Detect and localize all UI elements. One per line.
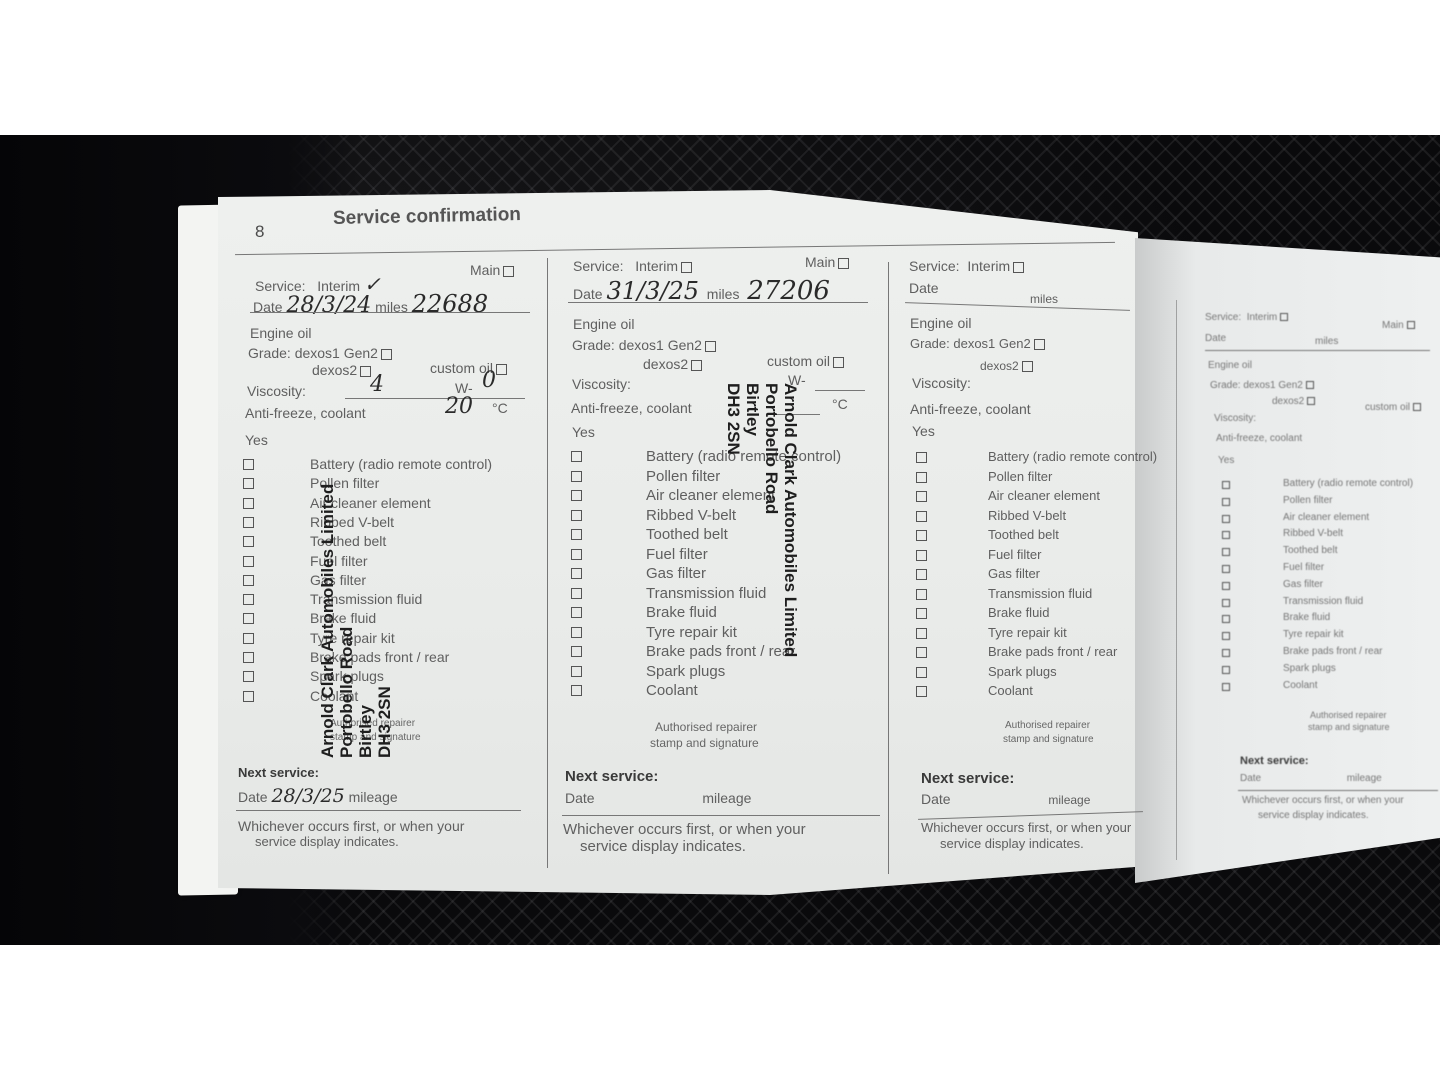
checklist-checkbox[interactable] <box>571 666 582 677</box>
main-label: Main <box>1382 320 1404 331</box>
dexos1-checkbox[interactable] <box>705 341 716 352</box>
date-label: Date <box>573 286 603 302</box>
yes-label: Yes <box>245 432 268 448</box>
checklist-checkbox[interactable] <box>1222 632 1230 640</box>
viscosity-left-value: 4 <box>370 372 384 397</box>
checklist-checkbox[interactable] <box>571 588 582 599</box>
viscosity-label: Viscosity: <box>247 383 306 399</box>
checklist-checkbox[interactable] <box>916 647 927 658</box>
next-date-label: Date <box>565 790 595 806</box>
main-checkbox[interactable] <box>1407 321 1415 329</box>
stamp-caption: Authorised repairer <box>1005 720 1090 731</box>
service-miles-value: 22688 <box>412 290 488 318</box>
column-divider <box>547 258 548 868</box>
next-service-date-value: 28/3/25 <box>271 785 344 807</box>
checklist-item-label: Spark plugs <box>1283 663 1336 674</box>
main-label: Main <box>470 262 500 278</box>
next-service-label: Next service: <box>921 770 1014 787</box>
footer-note: Whichever occurs first, or when your <box>238 818 464 834</box>
checklist-checkbox[interactable] <box>243 691 254 702</box>
checklist-checkbox[interactable] <box>571 627 582 638</box>
next-date-label: Date <box>238 789 268 805</box>
checklist-checkbox[interactable] <box>1222 515 1230 523</box>
checklist-item-label: Coolant <box>1283 680 1317 691</box>
viscosity-label: Viscosity: <box>1214 413 1256 424</box>
checklist-item-label: Gas filter <box>646 565 706 582</box>
checklist-checkbox[interactable] <box>1222 498 1230 506</box>
checklist-item-label: Fuel filter <box>1283 562 1324 573</box>
checklist-checkbox[interactable] <box>571 646 582 657</box>
checklist-checkbox[interactable] <box>243 536 254 547</box>
checklist-item-label: Gas filter <box>1283 579 1323 590</box>
checklist-item-label: Coolant <box>646 682 698 699</box>
checklist-item-label: Fuel filter <box>988 547 1041 562</box>
next-mileage-label: mileage <box>349 789 398 805</box>
engine-oil-label: Engine oil <box>910 315 972 331</box>
checklist-item-label: Spark plugs <box>646 663 725 680</box>
footer-note: Whichever occurs first, or when your <box>1242 795 1404 806</box>
checklist-checkbox[interactable] <box>916 628 927 639</box>
checklist-item-label: Brake pads front / rear <box>1283 646 1383 657</box>
antifreeze-label: Anti-freeze, coolant <box>910 401 1031 417</box>
dealer-stamp: Arnold Clark Automobiles Limited Portobe… <box>724 383 800 657</box>
yes-label: Yes <box>572 424 595 440</box>
grade-label: Grade: dexos1 Gen2 <box>572 337 702 353</box>
celsius-label: °C <box>492 400 508 416</box>
checklist-checkbox[interactable] <box>571 471 582 482</box>
antifreeze-label: Anti-freeze, coolant <box>245 405 366 421</box>
antifreeze-value: 20 <box>445 394 473 419</box>
next-service-label: Next service: <box>1240 755 1309 767</box>
interim-label: Interim <box>635 258 678 274</box>
checklist-checkbox[interactable] <box>1222 615 1230 623</box>
checklist-checkbox[interactable] <box>243 478 254 489</box>
service-label: Service: <box>573 258 624 274</box>
checklist-checkbox[interactable] <box>243 613 254 624</box>
stamp-caption: stamp and signature <box>650 736 759 750</box>
checklist-checkbox[interactable] <box>1222 649 1230 657</box>
checklist-checkbox[interactable] <box>571 490 582 501</box>
checklist-item-label: Ribbed V-belt <box>988 508 1066 523</box>
checklist-checkbox[interactable] <box>916 452 927 463</box>
dexos1-checkbox[interactable] <box>1034 339 1045 350</box>
dexos2-label: dexos2 <box>312 362 357 378</box>
checklist-checkbox[interactable] <box>916 550 927 561</box>
checklist-item-label: Toothed belt <box>646 526 728 543</box>
column-divider <box>888 262 889 874</box>
checklist-checkbox[interactable] <box>571 549 582 560</box>
checklist-item-label: Transmission fluid <box>1283 596 1363 607</box>
interim-label: Interim <box>1247 312 1278 323</box>
checklist-item-label: Tyre repair kit <box>1283 629 1344 640</box>
custom-oil-label: custom oil <box>767 353 830 369</box>
checklist-item-label: Pollen filter <box>1283 495 1332 506</box>
checklist-checkbox[interactable] <box>243 459 254 470</box>
next-mileage-label: mileage <box>1048 793 1090 807</box>
checklist-checkbox[interactable] <box>243 671 254 682</box>
checklist-checkbox[interactable] <box>1222 582 1230 590</box>
checklist-item-label: Air cleaner element <box>1283 512 1369 523</box>
service-date-value: 28/3/24 <box>286 293 371 318</box>
checklist-checkbox[interactable] <box>916 530 927 541</box>
stamp-caption: stamp and signature <box>1003 734 1094 745</box>
interim-checkbox[interactable] <box>681 262 692 273</box>
interim-label: Interim <box>967 258 1010 274</box>
checklist-checkbox[interactable] <box>916 511 927 522</box>
checklist-checkbox[interactable] <box>243 517 254 528</box>
custom-oil-label: custom oil <box>1365 402 1410 413</box>
engine-oil-label: Engine oil <box>250 325 312 341</box>
checklist-item-label: Brake pads front / rear <box>988 644 1117 659</box>
stamp-caption: Authorised repairer <box>655 720 757 734</box>
custom-oil-checkbox[interactable] <box>496 364 507 375</box>
checklist-item-label: Brake fluid <box>1283 612 1330 623</box>
checklist-checkbox[interactable] <box>243 594 254 605</box>
antifreeze-label: Anti-freeze, coolant <box>571 400 692 416</box>
miles-label: miles <box>1315 336 1338 347</box>
service-label: Service: <box>1205 312 1241 323</box>
checklist-item-label: Ribbed V-belt <box>1283 528 1343 539</box>
checklist-checkbox[interactable] <box>1222 599 1230 607</box>
checklist-item-label: Coolant <box>988 683 1033 698</box>
checklist-checkbox[interactable] <box>916 569 927 580</box>
yes-label: Yes <box>912 423 935 439</box>
viscosity-label: Viscosity: <box>572 376 631 392</box>
footer-note: service display indicates. <box>940 836 1084 851</box>
checklist-checkbox[interactable] <box>1222 531 1230 539</box>
column-divider <box>1176 300 1177 860</box>
dexos2-checkbox[interactable] <box>1022 361 1033 372</box>
footer-note: Whichever occurs first, or when your <box>921 820 1131 835</box>
checklist-checkbox[interactable] <box>1222 481 1230 489</box>
checklist-checkbox[interactable] <box>571 451 582 462</box>
checklist-item-label: Battery (radio remote control) <box>310 456 492 472</box>
grade-label: Grade: dexos1 Gen2 <box>910 336 1031 351</box>
checklist-checkbox[interactable] <box>1222 548 1230 556</box>
checklist-checkbox[interactable] <box>243 556 254 567</box>
checklist-item-label: Tyre repair kit <box>988 625 1067 640</box>
antifreeze-label: Anti-freeze, coolant <box>1216 433 1302 444</box>
viscosity-right-value: 0 <box>482 368 496 393</box>
dexos1-checkbox[interactable] <box>1306 381 1314 389</box>
checklist-checkbox[interactable] <box>571 607 582 618</box>
next-mileage-label: mileage <box>702 790 751 806</box>
interim-checkbox[interactable] <box>1280 313 1288 321</box>
checklist-checkbox[interactable] <box>571 568 582 579</box>
yes-label: Yes <box>1218 455 1234 466</box>
checklist-checkbox[interactable] <box>916 608 927 619</box>
next-mileage-label: mileage <box>1347 773 1382 784</box>
checklist-checkbox[interactable] <box>1222 683 1230 691</box>
checklist-checkbox[interactable] <box>1222 666 1230 674</box>
stamp-caption: stamp and signature <box>1308 722 1390 732</box>
checklist-checkbox[interactable] <box>243 652 254 663</box>
checklist-checkbox[interactable] <box>571 685 582 696</box>
dealer-stamp: Arnold Clark Automobiles Limited Portobe… <box>318 484 394 758</box>
checklist-checkbox[interactable] <box>571 510 582 521</box>
date-label: Date <box>909 280 939 296</box>
celsius-label: °C <box>832 396 848 412</box>
checklist-checkbox[interactable] <box>1222 565 1230 573</box>
checklist-item-label: Pollen filter <box>646 468 720 485</box>
checklist-item-label: Pollen filter <box>988 469 1052 484</box>
checklist-item-label: Transmission fluid <box>988 586 1092 601</box>
date-label: Date <box>1205 333 1226 344</box>
viscosity-label: Viscosity: <box>912 375 971 391</box>
footer-note: service display indicates. <box>1258 810 1369 821</box>
checklist-item-label: Spark plugs <box>988 664 1057 679</box>
main-checkbox[interactable] <box>503 266 514 277</box>
checklist-item-label: Brake fluid <box>988 605 1049 620</box>
checklist-item-label: Gas filter <box>988 566 1040 581</box>
next-service-label: Next service: <box>238 765 319 780</box>
checklist-item-label: Fuel filter <box>646 546 708 563</box>
custom-oil-checkbox[interactable] <box>833 357 844 368</box>
service-label: Service: <box>909 258 960 274</box>
dexos2-checkbox[interactable] <box>1307 397 1315 405</box>
engine-oil-label: Engine oil <box>1208 360 1252 371</box>
footer-note: service display indicates. <box>255 834 399 849</box>
checklist-checkbox[interactable] <box>916 686 927 697</box>
grade-label: Grade: dexos1 Gen2 <box>1210 380 1303 391</box>
checklist-checkbox[interactable] <box>916 589 927 600</box>
main-checkbox[interactable] <box>838 258 849 269</box>
grade-label: Grade: dexos1 Gen2 <box>248 345 378 361</box>
checklist-checkbox[interactable] <box>243 498 254 509</box>
next-service-label: Next service: <box>565 768 658 785</box>
miles-label: miles <box>1030 292 1058 306</box>
page-title: Service confirmation <box>333 204 521 230</box>
page-number: 8 <box>255 222 264 242</box>
checklist-item-label: Toothed belt <box>988 527 1059 542</box>
dexos1-checkbox[interactable] <box>381 349 392 360</box>
checklist-checkbox[interactable] <box>243 633 254 644</box>
service-book-facing-page <box>1135 238 1440 883</box>
checklist-checkbox[interactable] <box>243 575 254 586</box>
checklist-item-label: Brake fluid <box>646 604 717 621</box>
miles-label: miles <box>707 286 740 302</box>
checklist-item-label: Air cleaner element <box>988 488 1100 503</box>
service-date-value: 31/3/25 <box>606 277 699 305</box>
checklist-checkbox[interactable] <box>916 491 927 502</box>
engine-oil-label: Engine oil <box>573 316 635 332</box>
stamp-caption: Authorised repairer <box>1310 710 1387 720</box>
main-label: Main <box>805 254 835 270</box>
footer-note: service display indicates. <box>580 838 746 855</box>
dexos2-label: dexos2 <box>980 359 1019 373</box>
checklist-checkbox[interactable] <box>916 472 927 483</box>
custom-oil-checkbox[interactable] <box>1413 403 1421 411</box>
next-date-label: Date <box>921 791 951 807</box>
footer-note: Whichever occurs first, or when your <box>563 821 806 838</box>
checklist-checkbox[interactable] <box>916 667 927 678</box>
dexos2-label: dexos2 <box>1272 396 1304 407</box>
interim-checkbox[interactable] <box>1013 262 1024 273</box>
next-date-label: Date <box>1240 773 1261 784</box>
dexos2-label: dexos2 <box>643 356 688 372</box>
dexos2-checkbox[interactable] <box>691 360 702 371</box>
checklist-item-label: Toothed belt <box>1283 545 1338 556</box>
checklist-item-label: Battery (radio remote control) <box>1283 478 1413 489</box>
checklist-item-label: Ribbed V-belt <box>646 507 736 524</box>
checklist-checkbox[interactable] <box>571 529 582 540</box>
checklist-item-label: Battery (radio remote control) <box>988 449 1157 464</box>
